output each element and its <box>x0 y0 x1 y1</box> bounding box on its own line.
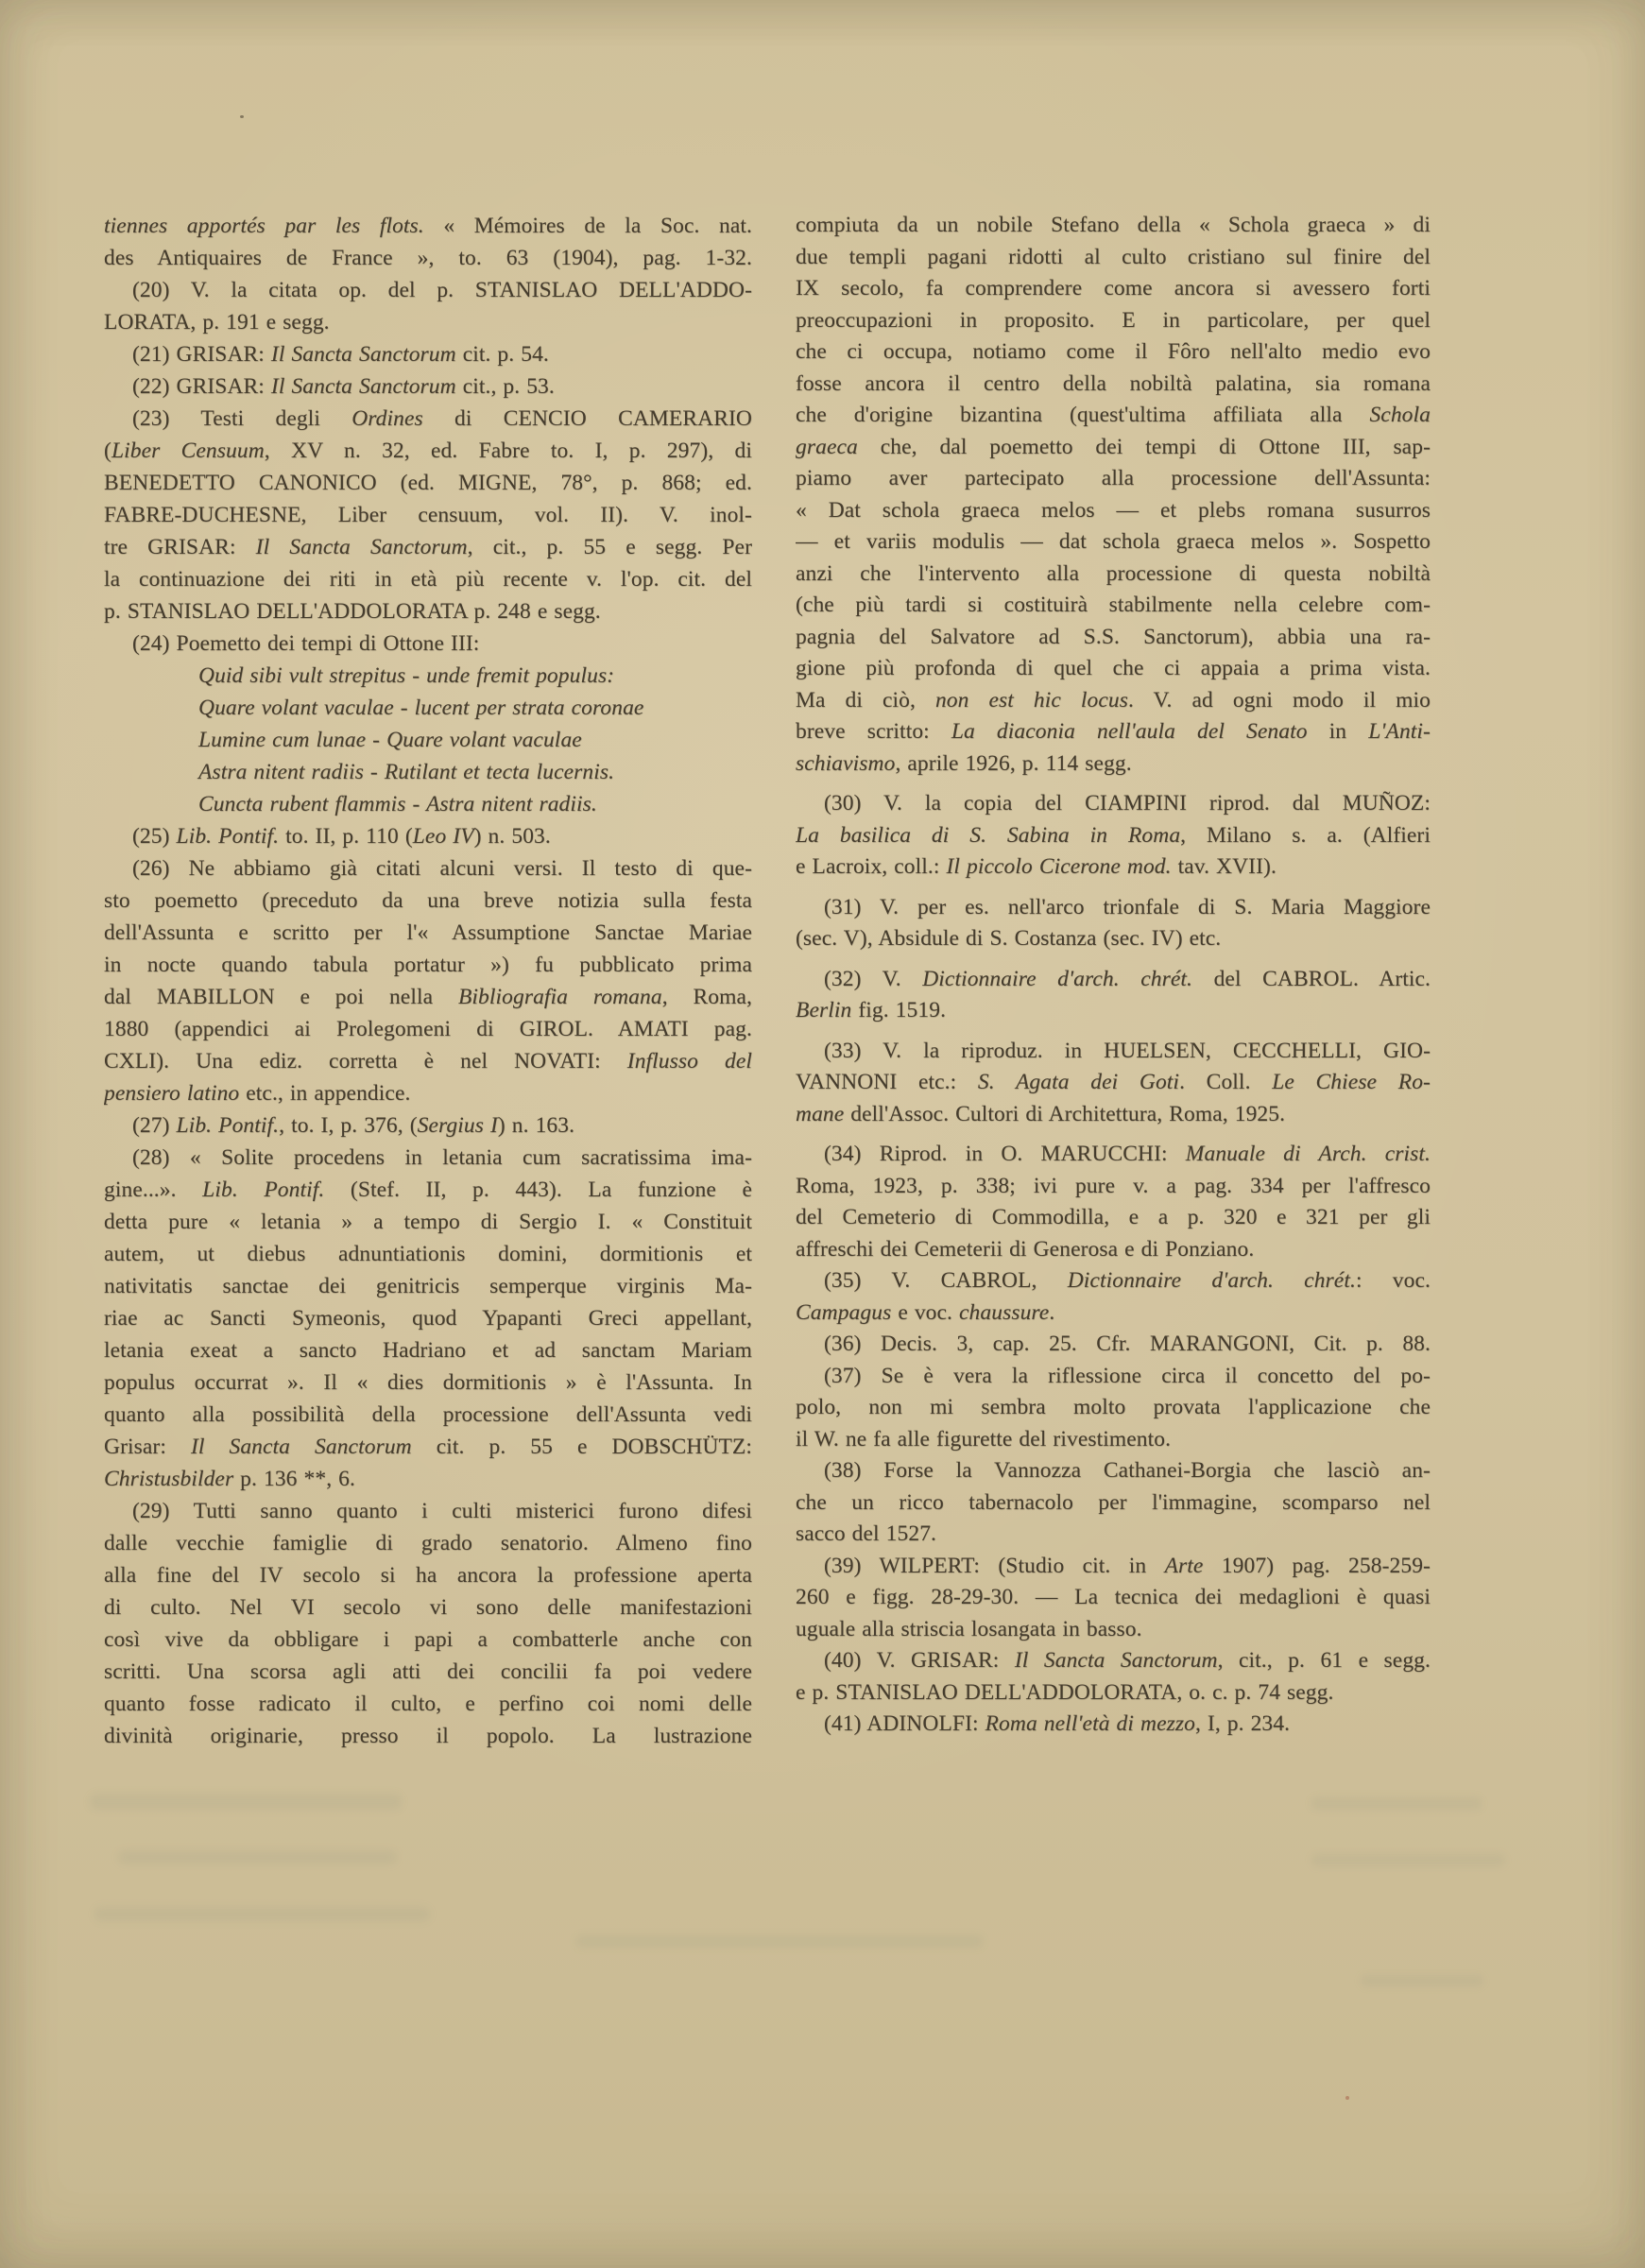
text-line: (33) V. la riproduz. in HUELSEN, CECCHEL… <box>796 1036 1431 1068</box>
text-segment: dell'Assoc. Cultori di Architettura, Rom… <box>844 1102 1285 1126</box>
text-segment: . V. ad ogni modo il mio <box>1128 688 1431 713</box>
text-segment: (23) Testi degli <box>132 406 351 431</box>
text-line: polo, non mi sembra molto provata l'appl… <box>796 1392 1431 1424</box>
text-segment: chaussure <box>959 1300 1049 1325</box>
text-segment: sto poemetto (preceduto da una breve not… <box>104 888 752 913</box>
text-line: che un ricco tabernacolo per l'immagine,… <box>796 1487 1431 1520</box>
text-segment: Il Sancta Sanctorum <box>1015 1648 1218 1673</box>
text-line: (27) Lib. Pontif., to. I, p. 376, (Sergi… <box>104 1109 752 1142</box>
text-segment: ( <box>104 438 111 463</box>
text-segment: letania exeat a sancto Hadriano et ad sa… <box>104 1338 752 1363</box>
text-line: (36) Decis. 3, cap. 25. Cfr. MARANGONI, … <box>796 1329 1431 1361</box>
text-segment: La basilica di S. Sabina in Roma <box>796 823 1180 848</box>
text-segment: , Roma, <box>662 985 752 1009</box>
text-segment: (27) <box>132 1113 177 1138</box>
text-segment: Lib. Pontif. <box>202 1177 324 1202</box>
text-line: (32) V. Dictionnaire d'arch. chrét. del … <box>796 964 1431 996</box>
text-segment: autem, ut diebus adnuntiationis domini, … <box>104 1242 752 1266</box>
text-line: autem, ut diebus adnuntiationis domini, … <box>104 1238 752 1270</box>
footnotes-column-left: tiennes apportés par les flots. « Mémoir… <box>104 210 752 1752</box>
text-segment: di CENCIO CAMERARIO <box>423 406 752 431</box>
text-line: Grisar: Il Sancta Sanctorum cit. p. 55 e… <box>104 1431 752 1463</box>
text-line: pensiero latino etc., in appendice. <box>104 1077 752 1109</box>
showthrough-ghost <box>1311 1854 1505 1866</box>
text-segment: « Dat schola graeca melos — et plebs rom… <box>796 498 1431 523</box>
text-segment: riae ac Sancti Symeonis, quod Ypapanti G… <box>104 1306 752 1331</box>
text-segment: L'Anti- <box>1368 719 1431 744</box>
text-line: LORATA, p. 191 e segg. <box>104 306 752 338</box>
text-segment: Arte <box>1165 1554 1204 1578</box>
text-line: (28) « Solite procedens in letania cum s… <box>104 1142 752 1174</box>
text-segment: etc., in appendice. <box>239 1081 410 1106</box>
text-line: gione più profonda di quel che ci appaia… <box>796 653 1431 685</box>
text-segment: Campagus <box>796 1300 891 1325</box>
text-segment: Grisar: <box>104 1435 191 1459</box>
text-segment: , to. I, p. 376, ( <box>279 1113 417 1138</box>
text-segment: gine...». <box>104 1177 202 1202</box>
text-segment: Ordines <box>351 406 423 431</box>
text-segment: piamo aver partecipato alla processione … <box>796 466 1431 490</box>
text-segment: Christusbilder <box>104 1467 233 1491</box>
text-line: fosse ancora il centro della nobiltà pal… <box>796 369 1431 401</box>
text-segment: fig. 1519. <box>851 998 946 1022</box>
text-line: (34) Riprod. in O. MARUCCHI: Manuale di … <box>796 1139 1431 1171</box>
text-segment: dal MABILLON e poi nella <box>104 985 458 1009</box>
text-segment: FABRE-DUCHESNE, Liber censuum, vol. II).… <box>104 503 752 527</box>
text-segment: ) n. 163. <box>498 1113 574 1138</box>
text-line: la continuazione dei riti in età più rec… <box>104 563 752 595</box>
text-segment: divinità originarie, presso il popolo. L… <box>104 1724 752 1748</box>
text-line: divinità originarie, presso il popolo. L… <box>104 1720 752 1752</box>
text-segment: in <box>1308 719 1369 744</box>
text-line: e p. STANISLAO DELL'ADDOLORATA, o. c. p.… <box>796 1677 1431 1710</box>
text-segment: graeca <box>796 435 858 459</box>
text-line: 1880 (appendici ai Prolegomeni di GIROL.… <box>104 1013 752 1045</box>
text-line: schiavismo, aprile 1926, p. 114 segg. <box>796 748 1431 781</box>
text-segment: , XV n. 32, ed. Fabre to. I, p. 297), di <box>265 438 752 463</box>
text-segment: . Coll. <box>1179 1070 1272 1094</box>
text-segment: S. Agata dei Goti <box>978 1070 1179 1094</box>
text-segment: Dictionnaire d'arch. chrét. <box>922 967 1192 991</box>
text-segment: Ma di ciò, <box>796 688 935 713</box>
text-segment: sacco del 1527. <box>796 1521 936 1546</box>
text-line: scritti. Una scorsa agli atti dei concil… <box>104 1656 752 1688</box>
text-segment: anzi che l'intervento alla processione d… <box>796 561 1431 586</box>
text-segment: detta pure « letania » a tempo di Sergio… <box>104 1210 752 1234</box>
text-line: pagnia del Salvatore ad S.S. Sanctorum),… <box>796 622 1431 654</box>
text-segment: che d'origine bizantina (quest'ultima af… <box>796 403 1369 427</box>
text-segment: Schola <box>1369 403 1431 427</box>
text-segment: Lumine cum lunae - Quare volant vaculae <box>198 728 582 752</box>
text-line: e Lacroix, coll.: Il piccolo Cicerone mo… <box>796 851 1431 884</box>
text-segment: Berlin <box>796 998 851 1022</box>
text-segment: e voc. <box>891 1300 959 1325</box>
text-segment: (22) GRISAR: <box>132 374 271 399</box>
text-segment: Il Sancta Sanctorum <box>191 1435 412 1459</box>
text-segment: 260 e figg. 28-29-30. — La tecnica dei m… <box>796 1585 1431 1609</box>
text-line: Quare volant vaculae - lucent per strata… <box>104 692 752 724</box>
text-line: (23) Testi degli Ordines di CENCIO CAMER… <box>104 403 752 435</box>
text-segment: (41) ADINOLFI: <box>824 1711 985 1736</box>
footnotes-column-right: compiuta da un nobile Stefano della « Sc… <box>796 210 1431 1741</box>
text-segment: il W. ne fa alle figurette del rivestime… <box>796 1427 1171 1452</box>
text-line: (26) Ne abbiamo già citati alcuni versi.… <box>104 852 752 885</box>
paper-speck <box>240 115 244 118</box>
text-segment: uguale alla striscia losangata in basso. <box>796 1617 1142 1641</box>
text-segment: Quid sibi vult strepitus - unde fremit p… <box>198 663 614 688</box>
text-segment: Roma, 1923, p. 338; ivi pure v. a pag. 3… <box>796 1174 1431 1198</box>
text-segment: Il Sancta Sanctorum <box>256 535 468 559</box>
text-line: Quid sibi vult strepitus - unde fremit p… <box>104 660 752 692</box>
text-line: detta pure « letania » a tempo di Sergio… <box>104 1206 752 1238</box>
text-segment: (34) Riprod. in O. MARUCCHI: <box>824 1142 1186 1166</box>
text-segment: e Lacroix, coll.: <box>796 854 946 879</box>
text-segment: Liber Censuum <box>111 438 265 463</box>
text-segment: (20) V. la citata op. del p. STANISLAO D… <box>132 278 752 302</box>
text-segment: , I, p. 234. <box>1195 1711 1290 1736</box>
text-segment: IX secolo, fa comprendere come ancora si… <box>796 276 1431 301</box>
text-line: breve scritto: La diaconia nell'aula del… <box>796 716 1431 748</box>
text-segment: di culto. Nel VI secolo vi sono delle ma… <box>104 1595 752 1620</box>
text-line: affreschi dei Cemeterii di Generosa e di… <box>796 1234 1431 1266</box>
text-segment: (38) Forse la Vannozza Cathanei-Borgia c… <box>824 1458 1431 1483</box>
text-segment: — et variis modulis — dat schola graeca … <box>796 529 1431 554</box>
text-line: piamo aver partecipato alla processione … <box>796 463 1431 495</box>
text-segment: scritti. Una scorsa agli atti dei concil… <box>104 1659 752 1684</box>
text-segment: (39) WILPERT: (Studio cit. in <box>824 1554 1165 1578</box>
text-line: Campagus e voc. chaussure. <box>796 1297 1431 1330</box>
text-line: (40) V. GRISAR: Il Sancta Sanctorum, cit… <box>796 1645 1431 1677</box>
text-line: uguale alla striscia losangata in basso. <box>796 1614 1431 1646</box>
text-line: p. STANISLAO DELL'ADDOLORATA p. 248 e se… <box>104 595 752 627</box>
text-line: nativitatis sanctae dei genitricis sempe… <box>104 1270 752 1302</box>
text-segment: (29) Tutti sanno quanto i culti misteric… <box>132 1499 752 1523</box>
text-segment: quanto alla possibilità della procession… <box>104 1402 752 1427</box>
text-segment: breve scritto: <box>796 719 951 744</box>
text-segment: (36) Decis. 3, cap. 25. Cfr. MARANGONI, … <box>824 1332 1431 1356</box>
text-segment: 1907) pag. 258-259- <box>1203 1554 1431 1578</box>
text-segment: Lib. Pontif. <box>177 1113 280 1138</box>
text-line: riae ac Sancti Symeonis, quod Ypapanti G… <box>104 1302 752 1334</box>
text-line: letania exeat a sancto Hadriano et ad sa… <box>104 1334 752 1366</box>
text-line: Astra nitent radiis - Rutilant et tecta … <box>104 756 752 788</box>
scanned-book-page: tiennes apportés par les flots. « Mémoir… <box>0 0 1645 2268</box>
text-line: Christusbilder p. 136 **, 6. <box>104 1463 752 1495</box>
text-segment: . <box>1049 1300 1054 1325</box>
text-line: populus occurrat ». Il « dies dormitioni… <box>104 1366 752 1399</box>
text-line: Ma di ciò, non est hic locus. V. ad ogni… <box>796 685 1431 717</box>
text-segment: Bibliografia romana <box>458 985 662 1009</box>
text-line: des Antiquaires de France », to. 63 (190… <box>104 242 752 274</box>
text-segment: quanto fosse radicato il culto, e perfin… <box>104 1692 752 1716</box>
text-line: (sec. V), Absidule di S. Costanza (sec. … <box>796 923 1431 955</box>
text-segment: dalle vecchie famiglie di grado senatori… <box>104 1531 752 1555</box>
text-line: dalle vecchie famiglie di grado senatori… <box>104 1527 752 1559</box>
text-segment: in nocte quando tabula portatur ») fu pu… <box>104 953 752 977</box>
text-segment: « Mémoires de la Soc. nat. <box>424 214 752 238</box>
text-line: che ci occupa, notiamo come il Fôro nell… <box>796 336 1431 369</box>
text-segment: Sergius I <box>418 1113 498 1138</box>
text-line: La basilica di S. Sabina in Roma, Milano… <box>796 820 1431 852</box>
text-segment: e p. STANISLAO DELL'ADDOLORATA, o. c. p.… <box>796 1680 1333 1705</box>
text-segment: cit. p. 55 e DOBSCHÜTZ: <box>412 1435 752 1459</box>
text-segment: polo, non mi sembra molto provata l'appl… <box>796 1395 1431 1419</box>
text-segment: che, dal poemetto dei tempi di Ottone II… <box>858 435 1431 459</box>
text-segment: Lib. Pontif. <box>177 824 280 849</box>
text-segment: fosse ancora il centro della nobiltà pal… <box>796 371 1431 396</box>
text-segment: che ci occupa, notiamo come il Fôro nell… <box>796 339 1431 364</box>
text-segment: preoccupazioni in proposito. E in partic… <box>796 308 1431 333</box>
text-line: VANNONI etc.: S. Agata dei Goti. Coll. L… <box>796 1067 1431 1099</box>
text-line: Roma, 1923, p. 338; ivi pure v. a pag. 3… <box>796 1171 1431 1203</box>
text-segment: , Milano s. a. (Alfieri <box>1180 823 1431 848</box>
text-line: in nocte quando tabula portatur ») fu pu… <box>104 949 752 981</box>
text-segment: gione più profonda di quel che ci appaia… <box>796 656 1431 680</box>
text-line: del Cemeterio di Commodilla, e a p. 320 … <box>796 1202 1431 1234</box>
text-segment: p. STANISLAO DELL'ADDOLORATA p. 248 e se… <box>104 599 601 624</box>
text-segment: tre GRISAR: <box>104 535 256 559</box>
text-segment: la continuazione dei riti in età più rec… <box>104 567 752 592</box>
text-segment: del CABROL. Artic. <box>1192 967 1431 991</box>
text-segment: : voc. <box>1356 1268 1431 1293</box>
text-segment: 1880 (appendici ai Prolegomeni di GIROL.… <box>104 1017 752 1041</box>
text-segment: La diaconia nell'aula del Senato <box>951 719 1308 744</box>
text-line: sacco del 1527. <box>796 1519 1431 1551</box>
text-segment: LORATA, p. 191 e segg. <box>104 310 330 335</box>
text-segment: (26) Ne abbiamo già citati alcuni versi.… <box>132 856 752 881</box>
text-segment: (24) Poemetto dei tempi di Ottone III: <box>132 631 479 656</box>
text-line: anzi che l'intervento alla processione d… <box>796 558 1431 591</box>
text-segment: compiuta da un nobile Stefano della « Sc… <box>796 213 1431 237</box>
text-segment: (35) V. CABROL, <box>824 1268 1068 1293</box>
text-segment: BENEDETTO CANONICO (ed. MIGNE, 78°, p. 8… <box>104 471 752 495</box>
text-line: il W. ne fa alle figurette del rivestime… <box>796 1424 1431 1456</box>
text-line: tre GRISAR: Il Sancta Sanctorum, cit., p… <box>104 531 752 563</box>
text-segment: (40) V. GRISAR: <box>824 1648 1015 1673</box>
text-line: (20) V. la citata op. del p. STANISLAO D… <box>104 274 752 306</box>
text-segment: Roma nell'età di mezzo <box>985 1711 1195 1736</box>
text-segment: Il piccolo Cicerone mod. <box>946 854 1171 879</box>
text-segment: (31) V. per es. nell'arco trionfale di S… <box>824 895 1431 919</box>
showthrough-ghost <box>94 1907 430 1921</box>
text-line: dal MABILLON e poi nella Bibliografia ro… <box>104 981 752 1013</box>
text-segment: Quare volant vaculae - lucent per strata… <box>198 696 643 720</box>
text-line: mane dell'Assoc. Cultori di Architettura… <box>796 1099 1431 1131</box>
text-segment: populus occurrat ». Il « dies dormitioni… <box>104 1370 752 1395</box>
text-line: (Liber Censuum, XV n. 32, ed. Fabre to. … <box>104 435 752 467</box>
text-line: FABRE-DUCHESNE, Liber censuum, vol. II).… <box>104 499 752 531</box>
text-line: Berlin fig. 1519. <box>796 995 1431 1027</box>
text-segment: pagnia del Salvatore ad S.S. Sanctorum),… <box>796 625 1431 649</box>
text-line: (38) Forse la Vannozza Cathanei-Borgia c… <box>796 1455 1431 1487</box>
text-line: alla fine del IV secolo si ha ancora la … <box>104 1559 752 1591</box>
text-segment: cit., p. 53. <box>456 374 555 399</box>
text-segment: affreschi dei Cemeterii di Generosa e di… <box>796 1237 1254 1262</box>
text-segment: mane <box>796 1102 844 1126</box>
text-line: di culto. Nel VI secolo vi sono delle ma… <box>104 1591 752 1624</box>
text-segment: ) n. 503. <box>474 824 551 849</box>
text-line: 260 e figg. 28-29-30. — La tecnica dei m… <box>796 1582 1431 1614</box>
text-segment: CXLI). Una ediz. corretta è nel NOVATI: <box>104 1049 627 1074</box>
text-line: (30) V. la copia del CIAMPINI riprod. da… <box>796 788 1431 820</box>
text-line: Lumine cum lunae - Quare volant vaculae <box>104 724 752 756</box>
text-segment: (33) V. la riproduz. in HUELSEN, CECCHEL… <box>824 1039 1431 1063</box>
text-segment: (32) V. <box>824 967 922 991</box>
text-segment: (28) « Solite procedens in letania cum s… <box>132 1145 752 1170</box>
text-line: quanto fosse radicato il culto, e perfin… <box>104 1688 752 1720</box>
text-line: graeca che, dal poemetto dei tempi di Ot… <box>796 432 1431 464</box>
text-segment: VANNONI etc.: <box>796 1070 978 1094</box>
text-segment: che un ricco tabernacolo per l'immagine,… <box>796 1490 1431 1515</box>
text-segment: Cuncta rubent flammis - Astra nitent rad… <box>198 792 597 816</box>
text-segment: , aprile 1926, p. 114 segg. <box>895 751 1131 776</box>
showthrough-ghost <box>1311 1797 1482 1810</box>
text-segment: tiennes apportés par les flots. <box>104 214 424 238</box>
text-segment: (che più tardi si costituirà stabilmente… <box>796 593 1431 617</box>
text-segment: Astra nitent radiis - Rutilant et tecta … <box>198 760 614 784</box>
text-segment: (21) GRISAR: <box>132 342 271 367</box>
text-segment: , cit., p. 55 e segg. Per <box>468 535 752 559</box>
text-line: « Dat schola graeca melos — et plebs rom… <box>796 495 1431 527</box>
text-segment: (sec. V), Absidule di S. Costanza (sec. … <box>796 926 1221 951</box>
text-segment: nativitatis sanctae dei genitricis sempe… <box>104 1274 752 1298</box>
text-line: tiennes apportés par les flots. « Mémoir… <box>104 210 752 242</box>
text-segment: Leo IV <box>413 824 474 849</box>
text-segment: (30) V. la copia del CIAMPINI riprod. da… <box>824 791 1431 816</box>
text-line: (37) Se è vera la riflessione circa il c… <box>796 1361 1431 1393</box>
text-line: (24) Poemetto dei tempi di Ottone III: <box>104 627 752 660</box>
text-segment: Manuale di Arch. crist. <box>1186 1142 1431 1166</box>
text-segment: Dictionnaire d'arch. chrét. <box>1068 1268 1356 1293</box>
text-line: Cuncta rubent flammis - Astra nitent rad… <box>104 788 752 820</box>
text-segment: due templi pagani ridotti al culto crist… <box>796 245 1431 269</box>
text-segment: Il Sancta Sanctorum <box>271 374 456 399</box>
text-line: così vive da obbligare i papi a combatte… <box>104 1624 752 1656</box>
text-line: (22) GRISAR: Il Sancta Sanctorum cit., p… <box>104 370 752 403</box>
text-line: (21) GRISAR: Il Sancta Sanctorum cit. p.… <box>104 338 752 370</box>
text-line: (39) WILPERT: (Studio cit. in Arte 1907)… <box>796 1551 1431 1583</box>
text-segment: schiavismo <box>796 751 895 776</box>
text-segment: alla fine del IV secolo si ha ancora la … <box>104 1563 752 1588</box>
text-segment: Influsso del <box>627 1049 752 1074</box>
text-line: BENEDETTO CANONICO (ed. MIGNE, 78°, p. 8… <box>104 467 752 499</box>
text-line: (29) Tutti sanno quanto i culti misteric… <box>104 1495 752 1527</box>
text-line: IX secolo, fa comprendere come ancora si… <box>796 273 1431 305</box>
showthrough-ghost <box>1361 1975 1483 1986</box>
text-line: compiuta da un nobile Stefano della « Sc… <box>796 210 1431 242</box>
text-segment: Il Sancta Sanctorum <box>271 342 456 367</box>
text-segment: (37) Se è vera la riflessione circa il c… <box>824 1364 1431 1388</box>
text-line: (31) V. per es. nell'arco trionfale di S… <box>796 892 1431 924</box>
text-line: (41) ADINOLFI: Roma nell'età di mezzo, I… <box>796 1709 1431 1741</box>
text-line: sto poemetto (preceduto da una breve not… <box>104 885 752 917</box>
text-segment: così vive da obbligare i papi a combatte… <box>104 1627 752 1652</box>
paper-speck <box>1345 2096 1349 2100</box>
text-line: — et variis modulis — dat schola graeca … <box>796 526 1431 558</box>
text-line: che d'origine bizantina (quest'ultima af… <box>796 400 1431 432</box>
text-line: (25) Lib. Pontif. to. II, p. 110 (Leo IV… <box>104 820 752 852</box>
text-segment: p. 136 **, 6. <box>233 1467 355 1491</box>
showthrough-ghost <box>576 1935 983 1948</box>
text-line: (che più tardi si costituirà stabilmente… <box>796 590 1431 622</box>
text-segment: to. II, p. 110 ( <box>279 824 413 849</box>
text-segment: cit. p. 54. <box>456 342 549 367</box>
text-segment: , cit., p. 61 e segg. <box>1218 1648 1431 1673</box>
showthrough-ghost <box>90 1794 402 1810</box>
text-line: (35) V. CABROL, Dictionnaire d'arch. chr… <box>796 1265 1431 1297</box>
text-line: quanto alla possibilità della procession… <box>104 1399 752 1431</box>
text-line: gine...». Lib. Pontif. (Stef. II, p. 443… <box>104 1174 752 1206</box>
text-segment: tav. XVII). <box>1172 854 1277 879</box>
text-segment: (Stef. II, p. 443). La funzione è <box>324 1177 752 1202</box>
text-segment: del Cemeterio di Commodilla, e a p. 320 … <box>796 1205 1431 1229</box>
text-segment: (25) <box>132 824 177 849</box>
text-segment: pensiero latino <box>104 1081 239 1106</box>
text-line: due templi pagani ridotti al culto crist… <box>796 242 1431 274</box>
text-segment: Le Chiese Ro- <box>1272 1070 1431 1094</box>
showthrough-ghost <box>118 1850 397 1864</box>
text-line: preoccupazioni in proposito. E in partic… <box>796 305 1431 337</box>
text-line: CXLI). Una ediz. corretta è nel NOVATI: … <box>104 1045 752 1077</box>
text-segment: dell'Assunta e scritto per l'« Assumptio… <box>104 920 752 945</box>
text-segment: non est hic locus <box>935 688 1128 713</box>
text-line: dell'Assunta e scritto per l'« Assumptio… <box>104 917 752 949</box>
text-segment: des Antiquaires de France », to. 63 (190… <box>104 246 752 270</box>
